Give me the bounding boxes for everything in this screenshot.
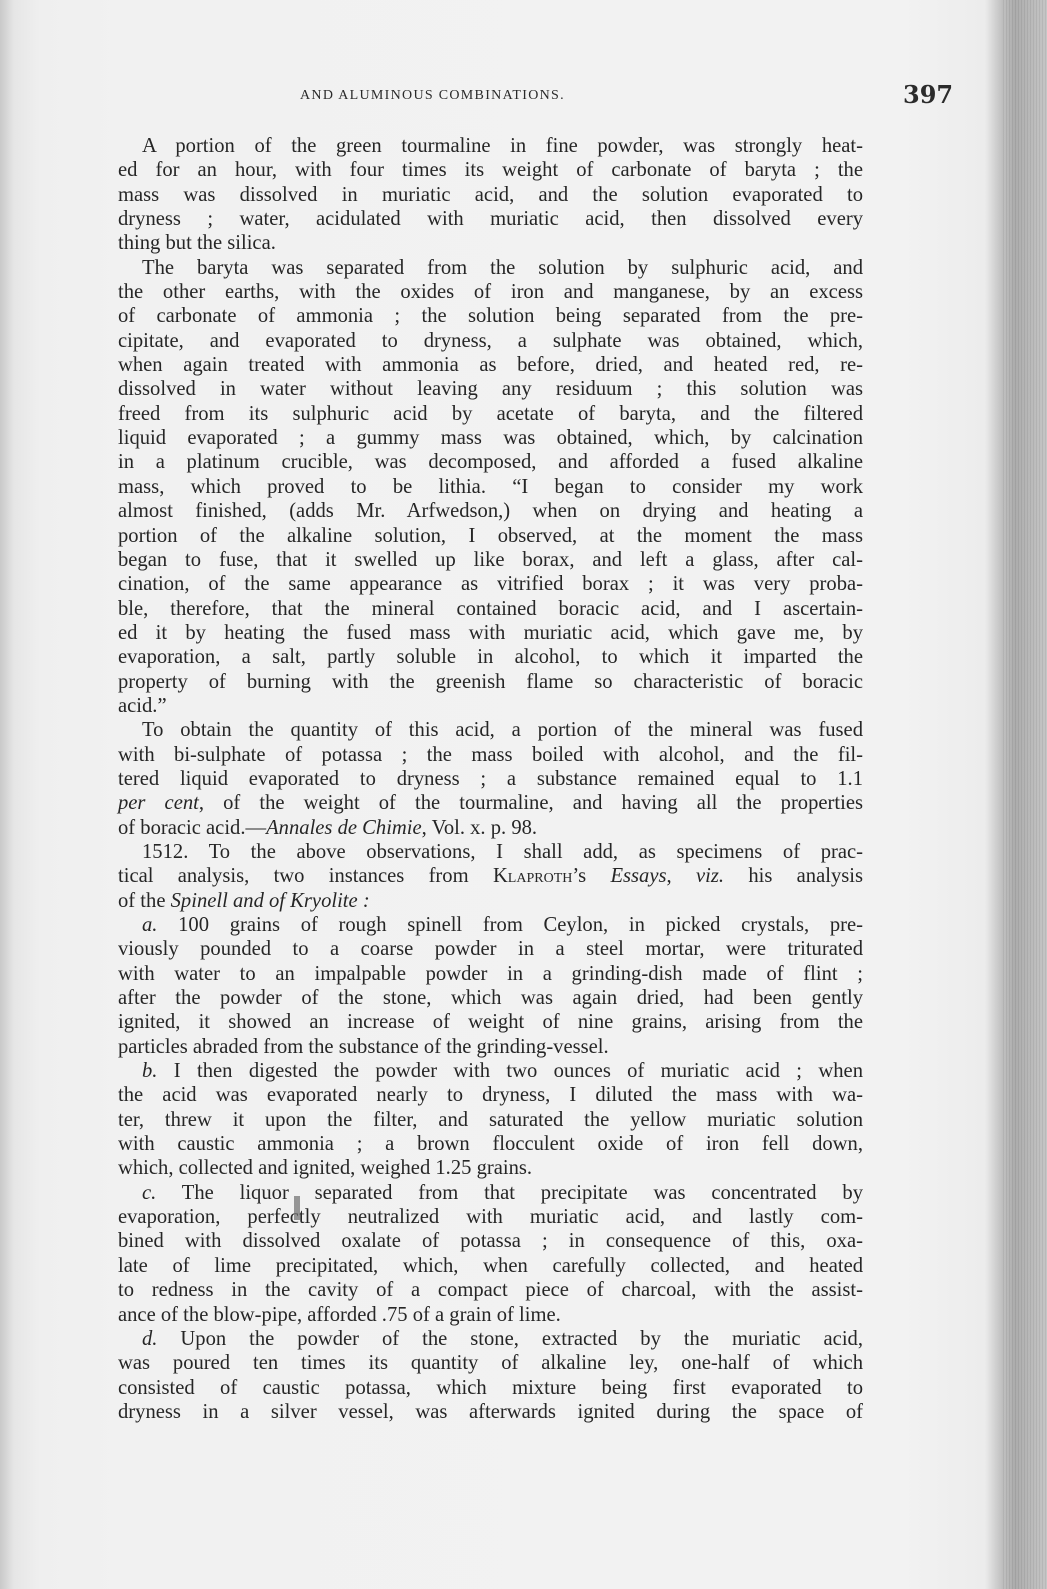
text-line: acid.” xyxy=(118,694,863,718)
text-line: which, collected and ignited, weighed 1.… xyxy=(118,1156,863,1180)
text-line: property of burning with the greenish fl… xyxy=(118,670,863,694)
page-number: 397 xyxy=(903,80,953,109)
paragraph-b-line: b. I then digested the powder with two o… xyxy=(118,1059,863,1083)
text-line: dryness in a silver vessel, was afterwar… xyxy=(118,1400,863,1424)
author-name: Klaproth xyxy=(493,865,572,887)
text-line: almost finished, (adds Mr. Arfwedson,) w… xyxy=(118,499,863,523)
text-line: late of lime precipitated, which, when c… xyxy=(118,1254,863,1278)
text-line: began to fuse, that it swelled up like b… xyxy=(118,548,863,572)
text-line: To obtain the quantity of this acid, a p… xyxy=(118,718,863,742)
text-line: portion of the alkaline solution, I obse… xyxy=(118,524,863,548)
text-line: of carbonate of ammonia ; the solution b… xyxy=(118,304,863,328)
text-line: to redness in the cavity of a compact pi… xyxy=(118,1278,863,1302)
text-line: consisted of caustic potassa, which mixt… xyxy=(118,1376,863,1400)
journal-title: Annales de Chimie xyxy=(266,817,422,839)
text-line: with bi-sulphate of potassa ; the mass b… xyxy=(118,743,863,767)
text-line: viously pounded to a coarse powder in a … xyxy=(118,937,863,961)
running-head: AND ALUMINOUS COMBINATIONS. xyxy=(300,88,565,104)
text-line: of the Spinell and of Kryolite : xyxy=(118,889,863,913)
italic-text: per cent xyxy=(118,792,199,814)
text-line: tical analysis, two instances from Klapr… xyxy=(118,864,863,888)
text-line: per cent, of the weight of the tourmalin… xyxy=(118,791,863,815)
text-line: ter, threw it upon the filter, and satur… xyxy=(118,1108,863,1132)
paragraph-label: a. xyxy=(142,914,157,936)
text-line: with caustic ammonia ; a brown flocculen… xyxy=(118,1132,863,1156)
paragraph-a-line: a. 100 grains of rough spinell from Ceyl… xyxy=(118,913,863,937)
text-line: ance of the blow-pipe, afforded .75 of a… xyxy=(118,1303,863,1327)
text-line: the acid was evaporated nearly to drynes… xyxy=(118,1083,863,1107)
text-line: tered liquid evaporated to dryness ; a s… xyxy=(118,767,863,791)
text-line: freed from its sulphuric acid by acetate… xyxy=(118,402,863,426)
subject-title: Spinell and of Kryolite : xyxy=(171,890,370,912)
text-line: with water to an impalpable powder in a … xyxy=(118,962,863,986)
text-line: after the powder of the stone, which was… xyxy=(118,986,863,1010)
citation-line: of boracic acid.—Annales de Chimie, Vol.… xyxy=(118,816,863,840)
text-line: dryness ; water, acidulated with muriati… xyxy=(118,207,863,231)
text-line: particles abraded from the substance of … xyxy=(118,1035,863,1059)
body-text: A portion of the green tourmaline in fin… xyxy=(118,134,863,1424)
book-page: AND ALUMINOUS COMBINATIONS. 397 A portio… xyxy=(0,0,1047,1589)
book-title: Essays xyxy=(610,865,666,887)
text-line: ble, therefore, that the mineral contain… xyxy=(118,597,863,621)
text-line: dissolved in water without leaving any r… xyxy=(118,377,863,401)
text-line: mass was dissolved in muriatic acid, and… xyxy=(118,183,863,207)
text-line: ignited, it showed an increase of weight… xyxy=(118,1010,863,1034)
book-binding-edge xyxy=(1003,0,1047,1589)
text-line: bined with dissolved oxalate of potassa … xyxy=(118,1229,863,1253)
text-line: when again treated with ammonia as befor… xyxy=(118,353,863,377)
paragraph-label: d. xyxy=(142,1328,157,1350)
paragraph-label: c. xyxy=(142,1182,156,1204)
text-line: liquid evaporated ; a gummy mass was obt… xyxy=(118,426,863,450)
text-line: evaporation, a salt, partly soluble in a… xyxy=(118,645,863,669)
paragraph-label: b. xyxy=(142,1060,157,1082)
text-line: ed for an hour, with four times its weig… xyxy=(118,158,863,182)
text-line: was poured ten times its quantity of alk… xyxy=(118,1351,863,1375)
text-line: cipitate, and evaporated to dryness, a s… xyxy=(118,329,863,353)
ink-blot-mark xyxy=(294,1196,300,1220)
paragraph-c-line: c. The liquor separated from that precip… xyxy=(118,1181,863,1205)
text-line: in a platinum crucible, was decomposed, … xyxy=(118,450,863,474)
section-1512-line: 1512. To the above observations, I shall… xyxy=(118,840,863,864)
paragraph-d-line: d. Upon the powder of the stone, extract… xyxy=(118,1327,863,1351)
text-line: The baryta was separated from the soluti… xyxy=(118,256,863,280)
text-line: mass, which proved to be lithia. “I bega… xyxy=(118,475,863,499)
text-line: ed it by heating the fused mass with mur… xyxy=(118,621,863,645)
text-line: A portion of the green tourmaline in fin… xyxy=(118,134,863,158)
text-line: thing but the silica. xyxy=(118,231,863,255)
text-line: the other earths, with the oxides of iro… xyxy=(118,280,863,304)
text-line: cination, of the same appearance as vitr… xyxy=(118,572,863,596)
text-line: evaporation, perfectly neutralized with … xyxy=(118,1205,863,1229)
